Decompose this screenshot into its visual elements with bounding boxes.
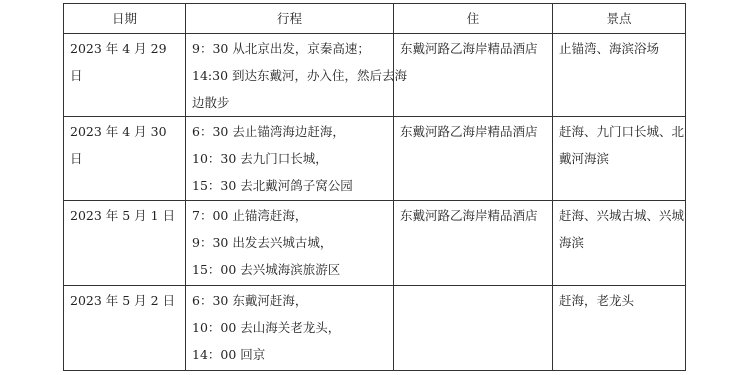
itinerary-line: 10：30 去九门口长城， [192, 145, 387, 172]
header-itinerary: 行程 [186, 4, 394, 34]
cell-date: 2023 年 4 月 29 日 [64, 34, 186, 117]
cell-date: 2023 年 5 月 2 日 [64, 286, 186, 371]
cell-stay: 东戴河路乙海岸精品酒店 [394, 34, 553, 117]
itinerary-table: 日期 行程 住 景点 2023 年 4 月 29 日 9：30 从北京出发，京秦… [63, 3, 686, 371]
cell-stay [394, 286, 553, 371]
header-stay: 住 [394, 4, 553, 34]
itinerary-line: 7：00 止锚湾赶海， [192, 202, 387, 229]
cell-sights: 赶海、九门口长城、北 戴河海滨 [553, 117, 686, 201]
header-sights: 景点 [553, 4, 686, 34]
sights-line: 戴河海滨 [559, 145, 679, 172]
cell-sights: 赶海、兴城古城、兴城 海滨 [553, 201, 686, 286]
cell-stay: 东戴河路乙海岸精品酒店 [394, 117, 553, 201]
itinerary-line: 15：30 去北戴河鸽子窝公园 [192, 172, 387, 199]
table-row: 2023 年 4 月 29 日 9：30 从北京出发，京秦高速； 14:30 到… [64, 34, 686, 117]
sights-line: 海滨 [559, 229, 679, 256]
cell-itinerary: 6：30 东戴河赶海， 10：00 去山海关老龙头， 14：00 回京 [186, 286, 394, 371]
sights-line: 赶海，老龙头 [559, 287, 679, 314]
itinerary-line: 6：30 去止锚湾海边赶海， [192, 118, 387, 145]
sights-line: 止锚湾、海滨浴场 [559, 35, 679, 62]
cell-itinerary: 6：30 去止锚湾海边赶海， 10：30 去九门口长城， 15：30 去北戴河鸽… [186, 117, 394, 201]
cell-date: 2023 年 5 月 1 日 [64, 201, 186, 286]
header-date: 日期 [64, 4, 186, 34]
cell-itinerary: 9：30 从北京出发，京秦高速； 14:30 到达东戴河，办入住，然后去海 边散… [186, 34, 394, 117]
sights-line: 赶海、兴城古城、兴城 [559, 202, 679, 229]
table-row: 2023 年 5 月 2 日 6：30 东戴河赶海， 10：00 去山海关老龙头… [64, 286, 686, 371]
cell-itinerary: 7：00 止锚湾赶海， 9：30 出发去兴城古城， 15：00 去兴城海滨旅游区 [186, 201, 394, 286]
itinerary-line: 10：00 去山海关老龙头， [192, 314, 387, 341]
table-row: 2023 年 5 月 1 日 7：00 止锚湾赶海， 9：30 出发去兴城古城，… [64, 201, 686, 286]
sights-line: 赶海、九门口长城、北 [559, 118, 679, 145]
cell-sights: 止锚湾、海滨浴场 [553, 34, 686, 117]
itinerary-line: 边散步 [192, 89, 387, 116]
cell-sights: 赶海，老龙头 [553, 286, 686, 371]
itinerary-line: 15：00 去兴城海滨旅游区 [192, 256, 387, 283]
itinerary-line: 9：30 从北京出发，京秦高速； [192, 35, 387, 62]
table-row: 2023 年 4 月 30 日 6：30 去止锚湾海边赶海， 10：30 去九门… [64, 117, 686, 201]
header-row: 日期 行程 住 景点 [64, 4, 686, 34]
itinerary-line: 6：30 东戴河赶海， [192, 287, 387, 314]
cell-date: 2023 年 4 月 30 日 [64, 117, 186, 201]
cell-stay: 东戴河路乙海岸精品酒店 [394, 201, 553, 286]
itinerary-line: 9：30 出发去兴城古城， [192, 229, 387, 256]
itinerary-line: 14:30 到达东戴河，办入住，然后去海 [192, 62, 387, 89]
itinerary-line: 14：00 回京 [192, 341, 387, 368]
